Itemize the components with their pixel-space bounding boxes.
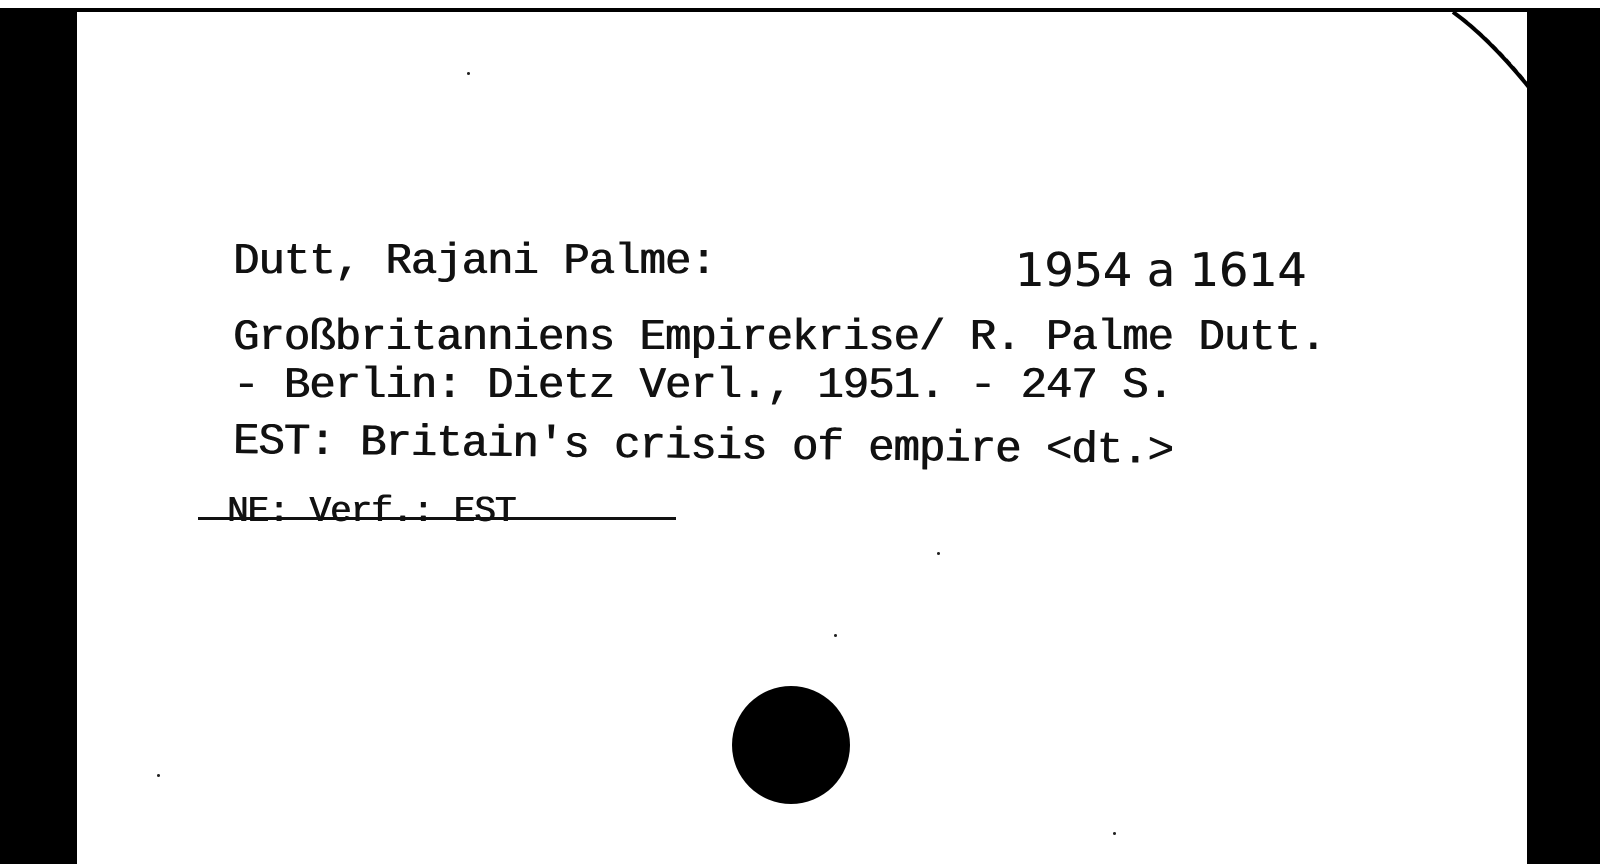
title-statement: Großbritanniens Empirekrise/ R. Palme Du…	[233, 316, 1325, 360]
speck	[157, 774, 160, 777]
speck	[467, 72, 470, 75]
catalog-card: Dutt, Rajani Palme: 1954 a 1614 Großbrit…	[77, 12, 1527, 864]
scan-border-left	[0, 8, 77, 864]
speck	[834, 634, 837, 637]
punch-hole	[732, 686, 850, 804]
speck	[937, 552, 940, 555]
call-number: 1954 a 1614	[1015, 248, 1307, 292]
original-title-line: EST: Britain's crisis of empire <dt.>	[233, 420, 1173, 474]
strikethrough-line	[198, 517, 676, 520]
speck	[1113, 832, 1116, 835]
struck-added-entry: NE: Verf.: EST	[227, 490, 515, 534]
corner-crease-mark	[1443, 8, 1583, 138]
imprint-line: - Berlin: Dietz Verl., 1951. - 247 S.	[233, 364, 1173, 408]
scan-border-right	[1527, 12, 1600, 864]
author-heading: Dutt, Rajani Palme:	[233, 240, 716, 284]
